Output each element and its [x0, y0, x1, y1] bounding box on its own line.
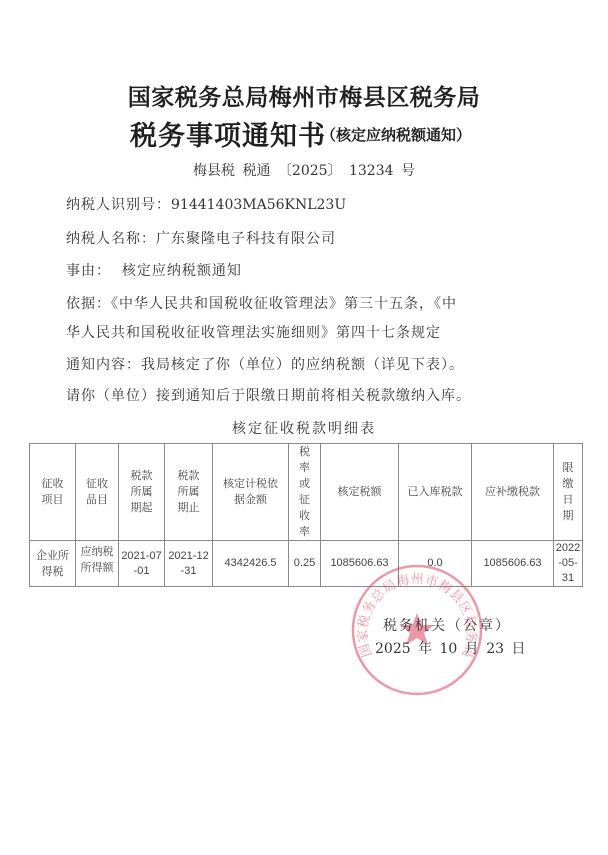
cell-deadline: 2022-05-31 [554, 541, 583, 587]
taxpayer-id-line: 纳税人识别号：91441403MA56KNL23U [66, 194, 346, 214]
document-subtitle: （核定应纳税额通知） [321, 124, 471, 145]
cell-taxable-amount: 4342426.5 [213, 541, 289, 587]
table-row: 企业所得税 应纳税所得额 2021-07-01 2021-12-31 43424… [30, 541, 583, 587]
basis-line-1: 依据：《中华人民共和国税收征收管理法》第三十五条，《中 [66, 293, 457, 313]
header-paid-tax: 已入库税款 [399, 444, 472, 541]
header-category: 征收品目 [76, 444, 119, 541]
reason-line: 事由： 核定应纳税额通知 [66, 260, 242, 280]
cell-period-start: 2021-07-01 [119, 541, 165, 587]
table-header-row: 征收项目 征收品目 税款所属期起 税款所属期止 核定计税依据金额 税率或征收率 … [30, 444, 583, 541]
basis-line-2: 华人民共和国税收征收管理法实施细则》第四十七条规定 [66, 322, 441, 342]
table-caption: 核定征收税款明细表 [0, 418, 608, 438]
document-title: 税务事项通知书 [130, 114, 326, 153]
signature-date: 2025 年 10 月 23 日 [375, 638, 526, 658]
taxpayer-name-value: 广东聚隆电子科技有限公司 [156, 231, 336, 247]
tax-detail-table: 征收项目 征收品目 税款所属期起 税款所属期止 核定计税依据金额 税率或征收率 … [29, 443, 583, 587]
header-period-end: 税款所属期止 [165, 444, 213, 541]
header-taxable-amount: 核定计税依据金额 [213, 444, 289, 541]
notice-line-1: 通知内容：我局核定了你（单位）的应纳税额（详见下表）。 [66, 354, 464, 374]
header-deadline: 限缴日期 [554, 444, 583, 541]
reason-value: 核定应纳税额通知 [122, 263, 242, 279]
document-number: 梅县税 税通 〔2025〕 13234 号 [0, 160, 608, 180]
cell-category: 应纳税所得额 [76, 541, 119, 587]
taxpayer-name-label: 纳税人名称： [66, 231, 156, 247]
reason-label: 事由： [66, 263, 111, 279]
notice-line-2: 请你（单位）接到通知后于限缴日期前将相关税款缴纳入库。 [66, 385, 471, 405]
cell-rate: 0.25 [289, 541, 321, 587]
header-assessed-tax: 核定税额 [321, 444, 399, 541]
taxpayer-name-line: 纳税人名称：广东聚隆电子科技有限公司 [66, 228, 336, 248]
header-period-start: 税款所属期起 [119, 444, 165, 541]
header-item: 征收项目 [30, 444, 76, 541]
cell-period-end: 2021-12-31 [165, 541, 213, 587]
issuing-authority: 国家税务总局梅州市梅县区税务局 [0, 79, 608, 112]
header-tax-due: 应补缴税款 [472, 444, 554, 541]
taxpayer-id-value: 91441403MA56KNL23U [171, 197, 346, 213]
taxpayer-id-label: 纳税人识别号： [66, 197, 171, 213]
signature-label: 税务机关（公章） [383, 615, 511, 635]
header-rate: 税率或征收率 [289, 444, 321, 541]
cell-item: 企业所得税 [30, 541, 76, 587]
